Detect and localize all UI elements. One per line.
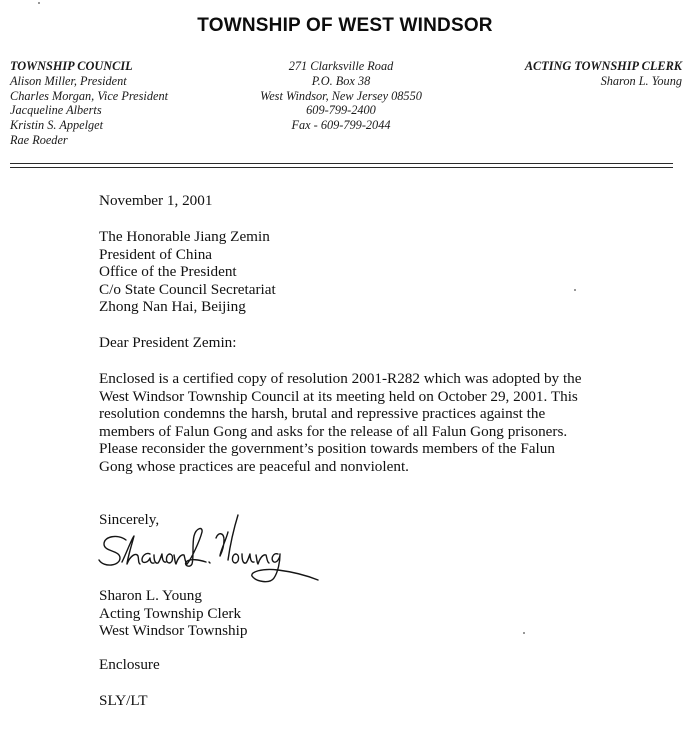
letterhead-divider-top [10,163,673,164]
recipient-line: Zhong Nan Hai, Beijing [99,298,276,316]
address-phone: 609-799-2400 [241,103,441,118]
clerk-heading: ACTING TOWNSHIP CLERK [525,59,682,74]
paragraph-resolution: Enclosed is a certified copy of resoluti… [99,370,582,440]
enclosure-note: Enclosure [99,656,160,674]
address-city: West Windsor, New Jersey 08550 [241,89,441,104]
paragraph-line: West Windsor Township Council at its mee… [99,388,582,406]
paragraph-line: members of Falun Gong and asks for the r… [99,423,582,441]
reference-initials: SLY/LT [99,692,148,710]
address-fax: Fax - 609-799-2044 [241,118,441,133]
township-council-block: TOWNSHIP COUNCIL Alison Miller, Presiden… [10,59,168,148]
address-street: 271 Clarksville Road [241,59,441,74]
address-po-box: P.O. Box 38 [241,74,441,89]
council-member: Rae Roeder [10,133,168,148]
recipient-address: The Honorable Jiang Zemin President of C… [99,228,276,316]
handwritten-signature [96,510,336,590]
paragraph-line: Gong whose practices are peaceful and no… [99,458,555,476]
signer-title: Acting Township Clerk [99,605,247,623]
council-member: Charles Morgan, Vice President [10,89,168,104]
council-heading: TOWNSHIP COUNCIL [10,59,168,74]
address-block: 271 Clarksville Road P.O. Box 38 West Wi… [241,59,441,133]
signer-name: Sharon L. Young [99,587,247,605]
salutation: Dear President Zemin: [99,334,237,352]
recipient-line: The Honorable Jiang Zemin [99,228,276,246]
recipient-line: President of China [99,246,276,264]
paragraph-line: resolution condemns the harsh, brutal an… [99,405,582,423]
clerk-name: Sharon L. Young [525,74,682,89]
clerk-block: ACTING TOWNSHIP CLERK Sharon L. Young [525,59,682,89]
recipient-line: C/o State Council Secretariat [99,281,276,299]
recipient-line: Office of the President [99,263,276,281]
scan-speck [574,289,576,291]
council-member: Jacqueline Alberts [10,103,168,118]
paragraph-line: Please reconsider the government’s posit… [99,440,555,458]
letterhead-divider-bottom [10,167,673,168]
council-member: Kristin S. Appelget [10,118,168,133]
paragraph-line: Enclosed is a certified copy of resoluti… [99,370,582,388]
paragraph-request: Please reconsider the government’s posit… [99,440,555,475]
signer-block: Sharon L. Young Acting Township Clerk We… [99,587,247,640]
letterhead-title: TOWNSHIP OF WEST WINDSOR [0,15,690,37]
scan-speck [38,2,40,4]
council-member: Alison Miller, President [10,74,168,89]
signer-organization: West Windsor Township [99,622,247,640]
letter-date: November 1, 2001 [99,192,212,210]
scan-speck [523,632,525,634]
